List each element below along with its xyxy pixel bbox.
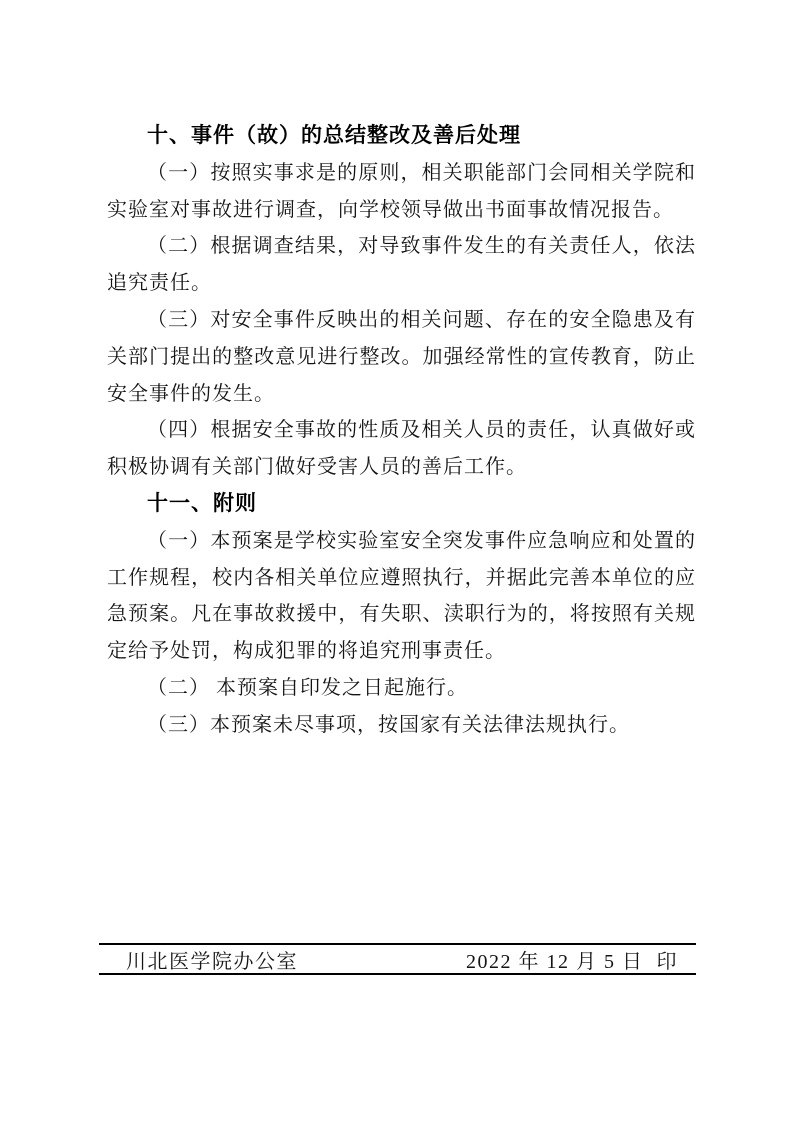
- paragraph-11-1: （一）本预案是学校实验室安全突发事件应急响应和处置的工作规程，校内各相关单位应遵…: [107, 523, 696, 670]
- paragraph-10-2: （二）根据调查结果，对导致事件发生的有关责任人，依法追究责任。: [107, 228, 696, 302]
- paragraph-10-1: （一）按照实事求是的原则，相关职能部门会同相关学院和实验室对事故进行调查，向学校…: [107, 155, 696, 229]
- paragraph-10-4: （四）根据安全事故的性质及相关人员的责任，认真做好或积极协调有关部门做好受害人员…: [107, 412, 696, 486]
- document-body: 十、事件（故）的总结整改及善后处理 （一）按照实事求是的原则，相关职能部门会同相…: [107, 118, 696, 744]
- section-heading-11: 十一、附则: [107, 486, 696, 523]
- print-date: 2022 年 12 月 5 日 印: [466, 945, 696, 974]
- paragraph-10-3: （三）对安全事件反映出的相关问题、存在的安全隐患及有关部门提出的整改意见进行整改…: [107, 302, 696, 412]
- issuing-office: 川北医学院办公室: [99, 945, 298, 974]
- colophon: 川北医学院办公室 2022 年 12 月 5 日 印: [99, 943, 696, 975]
- document-page: 十、事件（故）的总结整改及善后处理 （一）按照实事求是的原则，相关职能部门会同相…: [0, 0, 793, 1122]
- section-heading-10: 十、事件（故）的总结整改及善后处理: [107, 118, 696, 155]
- paragraph-11-2: （二） 本预案自印发之日起施行。: [107, 670, 696, 707]
- paragraph-11-3: （三）本预案未尽事项，按国家有关法律法规执行。: [107, 707, 696, 744]
